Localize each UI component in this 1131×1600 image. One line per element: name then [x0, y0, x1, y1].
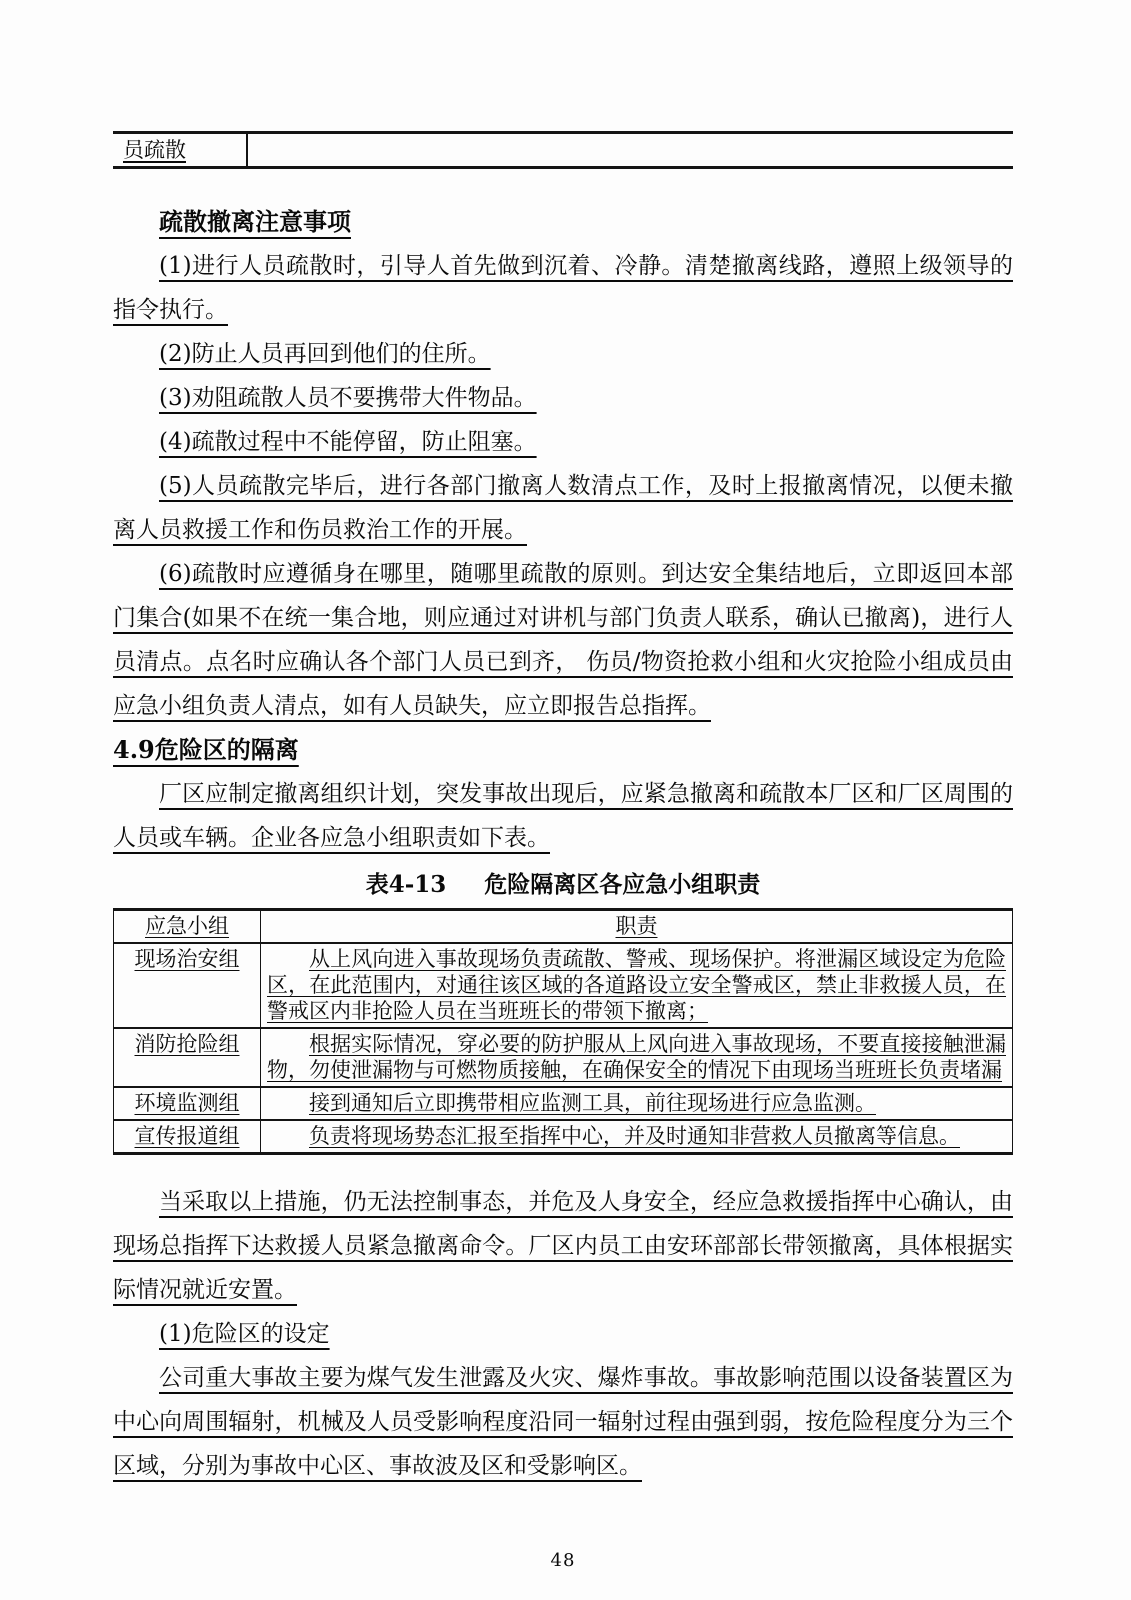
duty-table-header-row: 应急小组 职责: [114, 910, 1013, 944]
duty-cell: 从上风向进入事故现场负责疏散、警戒、现场保护。将泄漏区域设定为危险区，在此范围内…: [261, 943, 1013, 1028]
danger-zone-setup-heading: (1)危险区的设定: [113, 1312, 1013, 1356]
table-caption-title: 危险隔离区各应急小组职责: [484, 869, 760, 901]
note-paragraph-3: (3)劝阻疏散人员不要携带大件物品。: [113, 376, 1013, 420]
table-caption: 表4-13 危险隔离区各应急小组职责: [113, 869, 1013, 901]
note-paragraph-6: (6)疏散时应遵循身在哪里，随哪里疏散的原则。到达安全集结地后，立即返回本部门集…: [113, 552, 1013, 728]
header-cell-group: 应急小组: [114, 910, 261, 944]
table-row: 消防抢险组 根据实际情况，穿必要的防护服从上风向进入事故现场，不要直接接触泄漏物…: [114, 1028, 1013, 1087]
group-cell: 环境监测组: [114, 1087, 261, 1120]
group-cell: 现场治安组: [114, 943, 261, 1028]
group-cell: 宣传报道组: [114, 1120, 261, 1154]
fragment-cell-empty: [247, 133, 1013, 168]
group-cell: 消防抢险组: [114, 1028, 261, 1087]
note-paragraph-4: (4)疏散过程中不能停留，防止阻塞。: [113, 420, 1013, 464]
fragment-cell-label: 员疏散: [113, 133, 247, 168]
section-4-9-heading: 4.9危险区的隔离: [113, 728, 1013, 772]
table-row: 宣传报道组 负责将现场势态汇报至指挥中心，并及时通知非营救人员撤离等信息。: [114, 1120, 1013, 1154]
page-number: 48: [113, 1550, 1013, 1571]
table-row: 现场治安组 从上风向进入事故现场负责疏散、警戒、现场保护。将泄漏区域设定为危险区…: [114, 943, 1013, 1028]
duty-cell: 根据实际情况，穿必要的防护服从上风向进入事故现场，不要直接接触泄漏物，勿使泄漏物…: [261, 1028, 1013, 1087]
closing-paragraph-2: 公司重大事故主要为煤气发生泄露及火灾、爆炸事故。事故影响范围以设备装置区为中心向…: [113, 1356, 1013, 1488]
note-paragraph-1: (1)进行人员疏散时，引导人首先做到沉着、冷静。清楚撤离线路，遵照上级领导的指令…: [113, 244, 1013, 332]
table-caption-label: 表4-13: [366, 869, 447, 901]
note-paragraph-5: (5)人员疏散完毕后，进行各部门撤离人数清点工作，及时上报撤离情况，以便未撤离人…: [113, 464, 1013, 552]
header-cell-duty: 职责: [261, 910, 1013, 944]
document-page: 员疏散 疏散撤离注意事项 (1)进行人员疏散时，引导人首先做到沉着、冷静。清楚撤…: [0, 0, 1131, 1600]
duty-table: 应急小组 职责 现场治安组 从上风向进入事故现场负责疏散、警戒、现场保护。将泄漏…: [113, 908, 1013, 1155]
duty-cell: 负责将现场势态汇报至指挥中心，并及时通知非营救人员撤离等信息。: [261, 1120, 1013, 1154]
note-paragraph-2: (2)防止人员再回到他们的住所。: [113, 332, 1013, 376]
fragment-row: 员疏散: [113, 133, 1013, 168]
closing-paragraph-1: 当采取以上措施，仍无法控制事态，并危及人身安全，经应急救援指挥中心确认，由现场总…: [113, 1180, 1013, 1312]
notes-heading: 疏散撤离注意事项: [113, 200, 1013, 244]
continued-table-fragment: 员疏散: [113, 131, 1013, 169]
duty-cell: 接到通知后立即携带相应监测工具，前往现场进行应急监测。: [261, 1087, 1013, 1120]
section-4-9-intro: 厂区应制定撤离组织计划，突发事故出现后，应紧急撤离和疏散本厂区和厂区周围的人员或…: [113, 772, 1013, 860]
table-row: 环境监测组 接到通知后立即携带相应监测工具，前往现场进行应急监测。: [114, 1087, 1013, 1120]
